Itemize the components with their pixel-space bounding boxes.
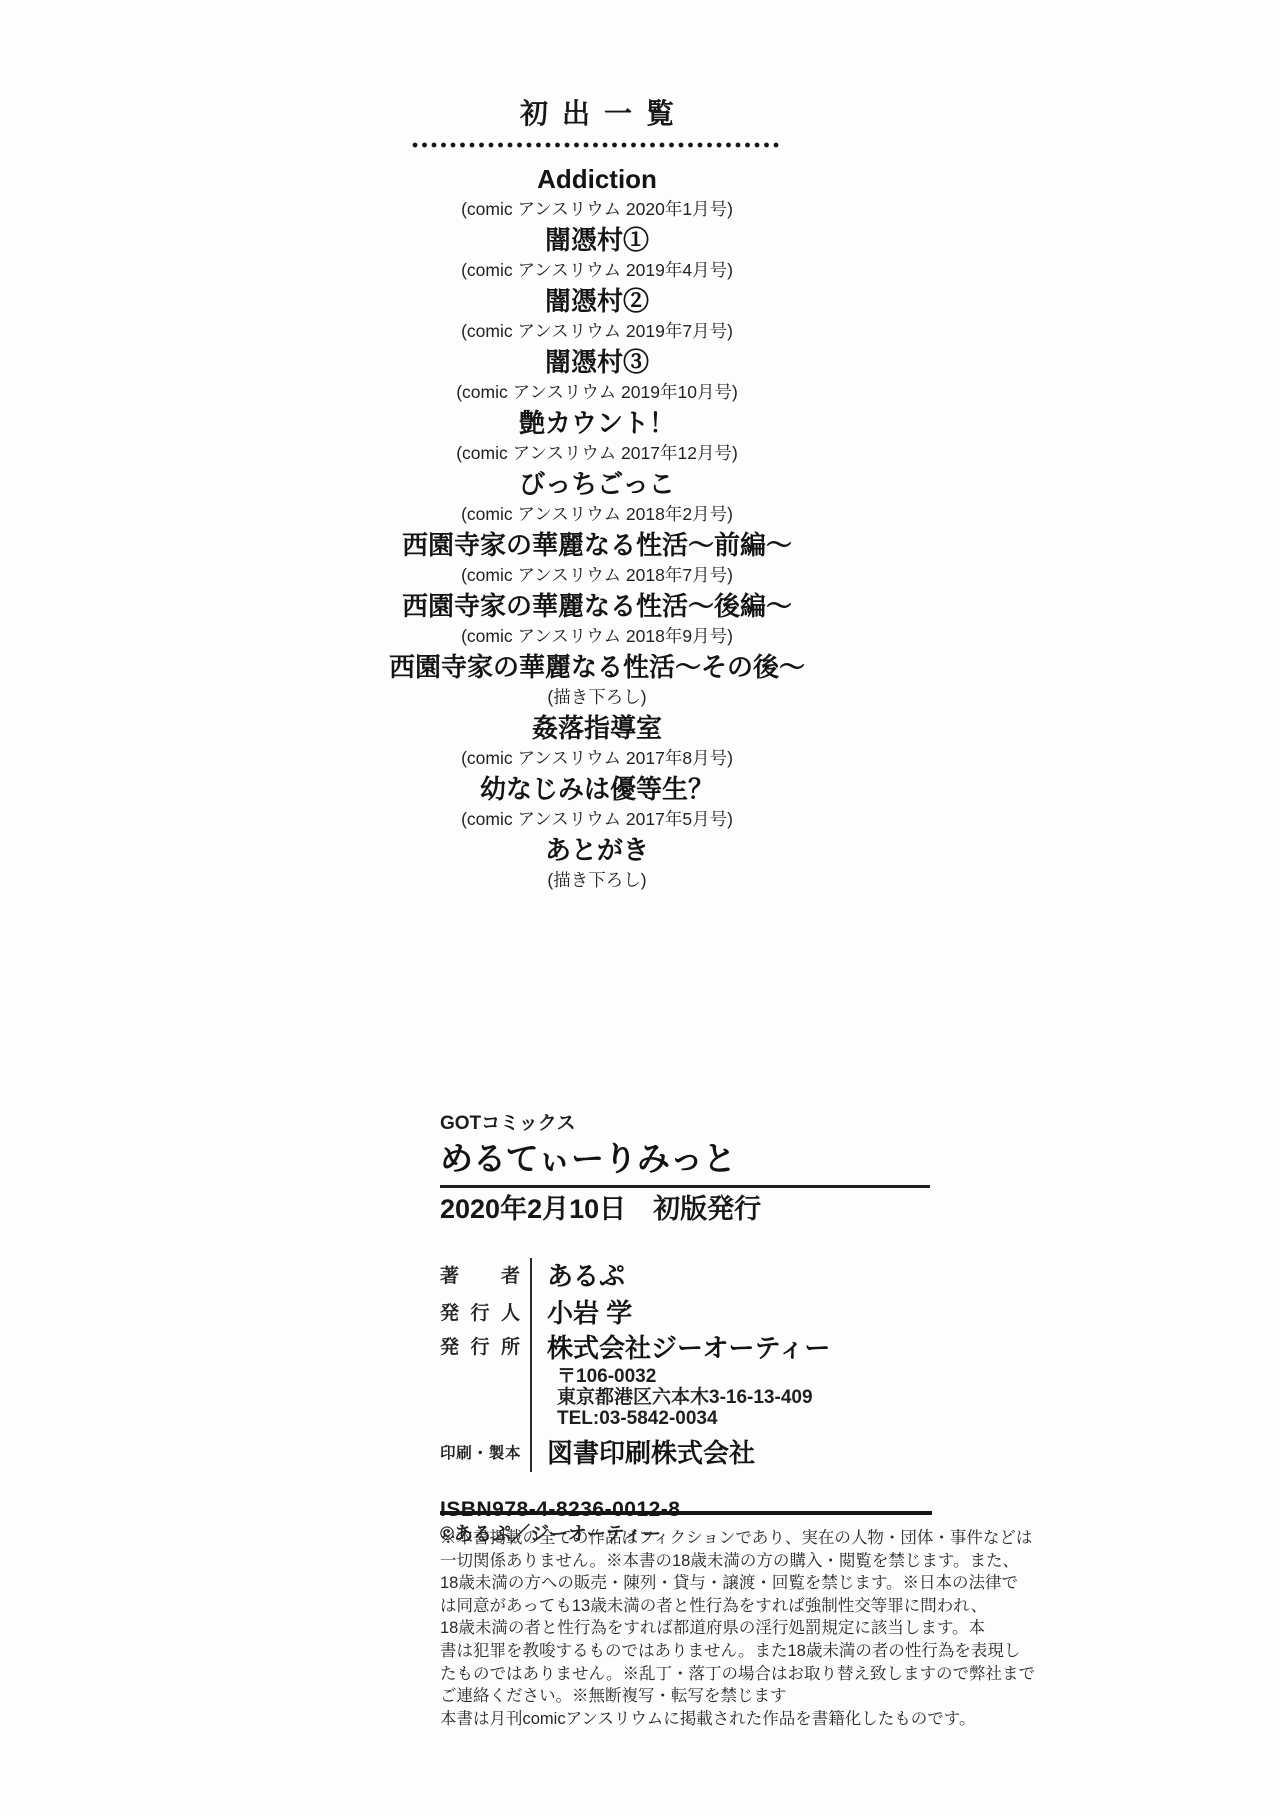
work-title: 艶カウント！ bbox=[297, 406, 897, 440]
disclaimer-line: ※本書掲載の全ての作品はフィクションであり、実在の人物・団体・事件などは bbox=[440, 1527, 932, 1550]
work-title: 西園寺家の華麗なる性活～その後～ bbox=[297, 650, 897, 684]
first-publication-section: 初出一覧 Addiction (comic アンスリウム 2020年1月号) 闇… bbox=[297, 94, 897, 894]
colophon-row-label: 印刷・製本 bbox=[440, 1435, 520, 1472]
colophon-row-label: 発行所 bbox=[440, 1332, 520, 1435]
colophon-row: 著者 あるぷ bbox=[440, 1258, 930, 1295]
colophon-row-value: 小岩 学 bbox=[547, 1295, 930, 1332]
publication-entry: 西園寺家の華麗なる性活～後編～ (comic アンスリウム 2018年9月号) bbox=[297, 589, 897, 650]
publication-entry: びっちごっこ (comic アンスリウム 2018年2月号) bbox=[297, 467, 897, 528]
colophon-row: 発行人 小岩 学 bbox=[440, 1295, 930, 1332]
publisher-address: 〒106-0032東京都港区六本木3-16-13-409TEL:03-5842-… bbox=[547, 1364, 930, 1435]
colophon-row-label: 著者 bbox=[440, 1258, 520, 1295]
disclaimer-section: ※本書掲載の全ての作品はフィクションであり、実在の人物・団体・事件などは一切関係… bbox=[440, 1511, 932, 1730]
disclaimer-top-rule bbox=[440, 1511, 932, 1515]
publication-source: (comic アンスリウム 2017年5月号) bbox=[297, 806, 897, 833]
publication-entry: 闇憑村③ (comic アンスリウム 2019年10月号) bbox=[297, 345, 897, 406]
publication-entry: 艶カウント！ (comic アンスリウム 2017年12月号) bbox=[297, 406, 897, 467]
colophon-row: 印刷・製本 図書印刷株式会社 bbox=[440, 1435, 930, 1472]
edition-date: 2020年2月10日 初版発行 bbox=[440, 1188, 930, 1231]
colophon-row-label: 発行人 bbox=[440, 1295, 520, 1332]
colophon-page: 初出一覧 Addiction (comic アンスリウム 2020年1月号) 闇… bbox=[0, 0, 1280, 1817]
publication-source: (comic アンスリウム 2020年1月号) bbox=[297, 196, 897, 223]
disclaimer-line: 18歳未満の者と性行為をすれば都道府県の淫行処罰規定に該当します。本 bbox=[440, 1617, 932, 1640]
publication-source: (comic アンスリウム 2019年4月号) bbox=[297, 257, 897, 284]
work-title: 姦落指導室 bbox=[297, 711, 897, 745]
publication-entry: 西園寺家の華麗なる性活～前編～ (comic アンスリウム 2018年7月号) bbox=[297, 528, 897, 589]
publication-entry: 姦落指導室 (comic アンスリウム 2017年8月号) bbox=[297, 711, 897, 772]
disclaimer-line: は同意があっても13歳未満の者と性行為をすれば強制性交等罪に問われ、 bbox=[440, 1595, 932, 1618]
colophon-row-value-cell: 株式会社ジーオーティー 〒106-0032東京都港区六本木3-16-13-409… bbox=[530, 1332, 930, 1435]
publication-source: (comic アンスリウム 2017年8月号) bbox=[297, 745, 897, 772]
publication-entry: あとがき (描き下ろし) bbox=[297, 833, 897, 894]
publication-entry: 闇憑村① (comic アンスリウム 2019年4月号) bbox=[297, 223, 897, 284]
colophon-row-value: 図書印刷株式会社 bbox=[547, 1435, 930, 1472]
colophon-row-value-cell: あるぷ bbox=[530, 1258, 930, 1295]
book-title: めるてぃーりみっと bbox=[440, 1136, 930, 1182]
imprint-label: GOTコミックス bbox=[440, 1106, 930, 1136]
work-title: びっちごっこ bbox=[297, 467, 897, 501]
colophon-row-value-cell: 小岩 学 bbox=[530, 1295, 930, 1332]
colophon-row: 発行所 株式会社ジーオーティー 〒106-0032東京都港区六本木3-16-13… bbox=[440, 1332, 930, 1435]
work-title: 闇憑村② bbox=[297, 284, 897, 318]
publisher-address-line: TEL:03-5842-0034 bbox=[557, 1408, 930, 1429]
disclaimer-line: 18歳未満の方への販売・陳列・貸与・譲渡・回覧を禁じます。※日本の法律で bbox=[440, 1572, 932, 1595]
publication-entry: Addiction (comic アンスリウム 2020年1月号) bbox=[297, 162, 897, 223]
publication-source: (comic アンスリウム 2017年12月号) bbox=[297, 440, 897, 467]
disclaimer-line: たものではありません。※乱丁・落丁の場合はお取り替え致しますので弊社まで bbox=[440, 1663, 932, 1686]
colophon-row-value-cell: 図書印刷株式会社 bbox=[530, 1435, 930, 1472]
publication-source: (comic アンスリウム 2019年7月号) bbox=[297, 318, 897, 345]
colophon-section: GOTコミックス めるてぃーりみっと 2020年2月10日 初版発行 著者 ある… bbox=[440, 1106, 930, 1547]
disclaimer-line: 本書は月刊comicアンスリウムに掲載された作品を書籍化したものです。 bbox=[440, 1708, 932, 1731]
page-title: 初出一覧 bbox=[297, 94, 897, 134]
publication-entry: 闇憑村② (comic アンスリウム 2019年7月号) bbox=[297, 284, 897, 345]
publication-source: (comic アンスリウム 2018年2月号) bbox=[297, 501, 897, 528]
work-title: 幼なじみは優等生？ bbox=[297, 772, 897, 806]
publication-source: (描き下ろし) bbox=[297, 684, 897, 711]
work-title: 西園寺家の華麗なる性活～前編～ bbox=[297, 528, 897, 562]
work-title: 闇憑村③ bbox=[297, 345, 897, 379]
work-title: あとがき bbox=[297, 833, 897, 867]
disclaimer-line: 書は犯罪を教唆するものではありません。また18歳未満の者の性行為を表現し bbox=[440, 1640, 932, 1663]
publication-info-table: 著者 あるぷ 発行人 小岩 学 発行所 株式会社ジーオーティー 〒106-003… bbox=[440, 1258, 930, 1472]
colophon-row-value: 株式会社ジーオーティー bbox=[547, 1332, 930, 1364]
work-title: 西園寺家の華麗なる性活～後編～ bbox=[297, 589, 897, 623]
publication-source: (描き下ろし) bbox=[297, 867, 897, 894]
publication-entry: 西園寺家の華麗なる性活～その後～ (描き下ろし) bbox=[297, 650, 897, 711]
disclaimer-line: 一切関係ありません。※本書の18歳未満の方の購入・閲覧を禁じます。また、 bbox=[440, 1550, 932, 1573]
publisher-address-line: 東京都港区六本木3-16-13-409 bbox=[557, 1387, 930, 1408]
work-title: 闇憑村① bbox=[297, 223, 897, 257]
publication-source: (comic アンスリウム 2019年10月号) bbox=[297, 379, 897, 406]
dotted-divider bbox=[412, 142, 782, 148]
work-title: Addiction bbox=[297, 162, 897, 196]
publication-source: (comic アンスリウム 2018年7月号) bbox=[297, 562, 897, 589]
disclaimer-text: ※本書掲載の全ての作品はフィクションであり、実在の人物・団体・事件などは一切関係… bbox=[440, 1527, 932, 1730]
publication-list: Addiction (comic アンスリウム 2020年1月号) 闇憑村① (… bbox=[297, 162, 897, 894]
colophon-row-value: あるぷ bbox=[547, 1258, 930, 1295]
publisher-address-line: 〒106-0032 bbox=[557, 1366, 930, 1387]
disclaimer-line: ご連絡ください。※無断複写・転写を禁じます bbox=[440, 1685, 932, 1708]
publication-entry: 幼なじみは優等生？ (comic アンスリウム 2017年5月号) bbox=[297, 772, 897, 833]
publication-source: (comic アンスリウム 2018年9月号) bbox=[297, 623, 897, 650]
